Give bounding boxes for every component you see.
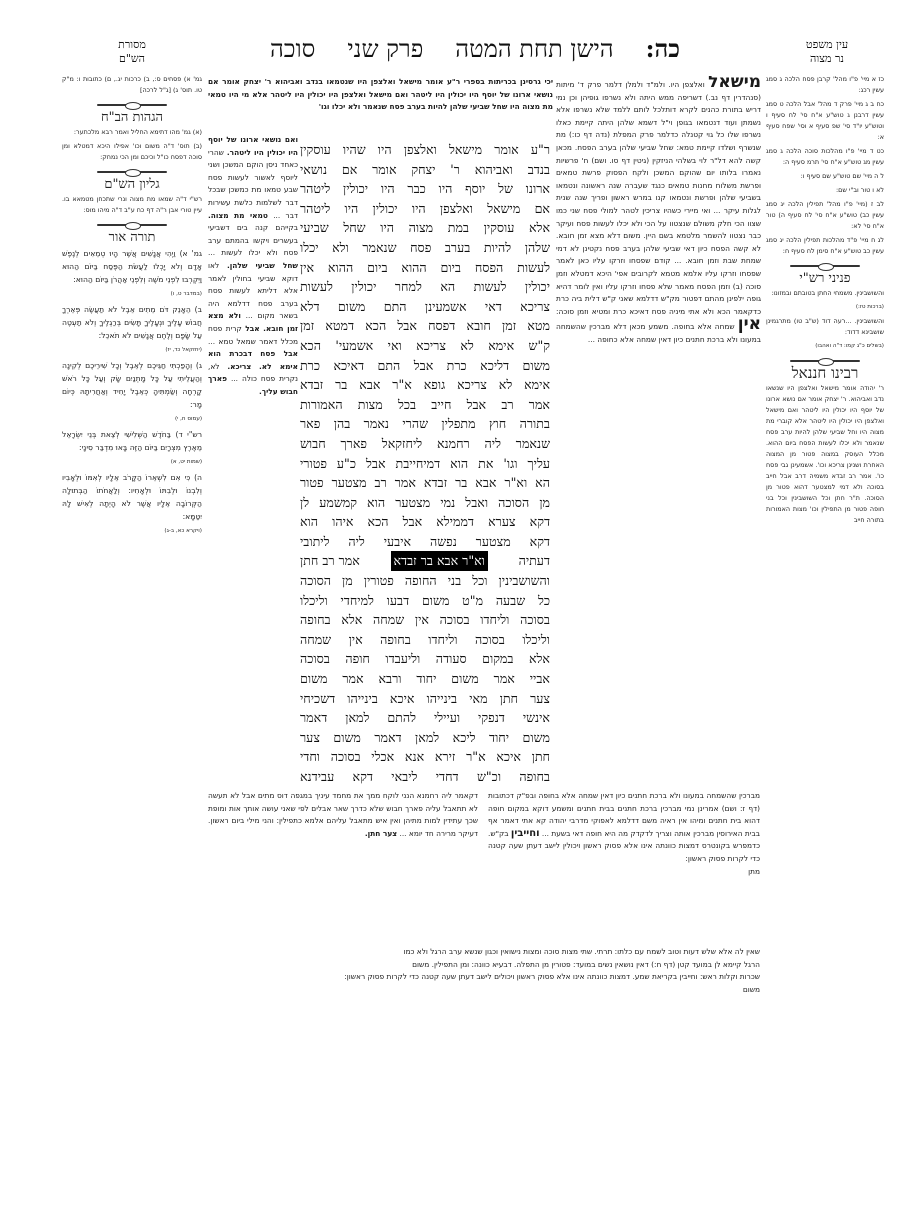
gemara-line: בסוכה וליחדו בסוכה אין שמחה אלא בחופה (300, 610, 550, 630)
torah-or-title: תורה אור (62, 232, 202, 243)
chapter-name: פרק שני (347, 35, 423, 64)
commentary-line: משום (208, 984, 760, 997)
gemara-line: בחופה וכ"ש דחדי ליבאי דקא עבידנא (300, 767, 550, 787)
torah-or-verse: רש"י ד) בַּחֹדֶשׁ הַשְּׁלִישִׁי לְצֵאת ב… (62, 428, 202, 454)
gemara-line: יכולין לעשות הא למחר יכולין לעשות (300, 277, 550, 297)
tosafot-text: יכי גרסינן בכריתות בספרי ר"ע אומר מישאל … (208, 77, 553, 111)
torah-or-verse: ג) וְהָפַכְתִּי חַגֵּיכֶם לְאֵבֶל וְכָל … (62, 359, 202, 411)
torah-or-cite: (שמות יט, א) (62, 457, 202, 468)
ornament-divider-icon (97, 171, 167, 173)
bottom-rashi-right: מברכין שהשמחה במעונו ולא ברכת חתנים כיון… (488, 790, 760, 940)
torah-or-cite: (במדבר ט, ו) (62, 289, 202, 300)
gemara-line: מטא זמן חובא דפסח אבל הכא דמטא זמן (300, 316, 550, 336)
gemara-line: שנאמר ליה רחמנא ליחזקאל פארך חבוש (300, 434, 550, 454)
gemara-line: לעשות הפסח ביום ההוא ביום ההוא אין (300, 258, 550, 278)
ein-mishpat-item: לא ו טור וב"י שם: (766, 185, 884, 196)
chapter-title: הישן תחת המטה (455, 35, 613, 64)
bottom-tosafot-left: דקאמר ליה רחמנא הנני לוקח ממך את מחמד עי… (208, 790, 478, 940)
pninei-item: והשושבינין. ...רעה דוד (ש"ב טו) מתרגמינן… (766, 316, 884, 338)
pninei-item: והשושבינין. משמחי החתן בטובתם ובמזונו: (766, 288, 884, 299)
ein-mishpat-item: כט ד מיי' פ"ו מהלכות סוכה הלכה ג סמג עשי… (766, 146, 884, 168)
ornament-divider-icon (97, 224, 167, 226)
gemara-line: מן הסוכה ואבל נמי מצטער הוא קמשמע לן (300, 493, 550, 513)
page-number: כה: (646, 34, 680, 64)
gemara-line: בתורה חוץ מתפלין שהרי נאמר בהן פאר (300, 414, 550, 434)
commentary-line: שאין לה אלא שלש דעות וטוב לשמח עם כלתו: … (208, 946, 760, 959)
gemara-line: אלא עוסקין במת מצוה היו שחל שביעי (300, 218, 550, 238)
ornament-divider-icon (790, 360, 860, 362)
ein-mishpat-item: לב ז (מיי' פ"ו מהל' תפילין הלכה יג סמג ע… (766, 199, 884, 232)
gemara-line: עליך וגו' את הוא דמיחייבת אבל כ"ע פטורי (300, 454, 550, 474)
hagahot-habach-title: הגהות הב"ח (62, 112, 202, 123)
gemara-line: דעתיה (519, 551, 550, 571)
ein-mishpat-item: לג ח מיי' פ"ד מהלכות תפילין הלכה יג סמג … (766, 235, 884, 257)
gemara-line: ארונו של יוסף היו כבר היו יכולין ליטהר (300, 179, 550, 199)
gemara-line: ק"ש אימא לא צריכא ואי אשמעי' הכא (300, 336, 550, 356)
torah-or-verse: ב) הֵאָנֵק דֹּם מֵתִים אֵבֶל לֹא תַעֲשֶׂ… (62, 303, 202, 342)
rashi-heading-ein: אין (738, 314, 761, 334)
selected-text-highlight[interactable]: וא"ר אבא בר זבדא (391, 551, 488, 571)
rabbenu-chananel-text: ר' יהודה אומר מישאל ואלצפן היו שנשאו נדב… (766, 383, 884, 526)
bottom-full-width: שאין לה אלא שלש דעות וטוב לשמח עם כלתו: … (208, 946, 760, 1026)
tosafot-lead: שחל שביעי שלהן. (227, 261, 298, 270)
gemara-line: בנדב ואביהוא ר' יצחק אומר אם נושאי (300, 160, 550, 180)
gemara-line: אמר רב חתן (300, 551, 360, 571)
gemara-line: חתן איכא א"ר זירא אנא אכלי בסוכה וחדי (300, 747, 550, 767)
tosafot-text: שהרי כאחד ניסן הוקם המשכן ושני ליוסף לאש… (208, 148, 298, 220)
torah-or-verse: ה) כִּי אִם לִשְׁאֵרוֹ הַקָּרֹב אֵלָיו ל… (62, 471, 202, 523)
rashi-text: ואלצפן היו. ולמ"ד ולמלן דלמר פרק ד' מיתו… (556, 80, 761, 215)
gemara-line: צריכא דאי אשמעינן התם משום דלא (300, 297, 550, 317)
tosafot-column: ואם נושאי ארונו של יוסף היו יכולין היו ל… (208, 134, 298, 786)
gemara-line: דקא צערא דממילא אבל הכא איהו הוא (300, 512, 550, 532)
gemara-line: ר"ע אומר מישאל ואלצפן היו שהיו עוסקין (300, 140, 550, 160)
commentary-line: הרגל קיימא לן במועד קטן (דף ח:) דאין נוש… (208, 959, 760, 972)
ein-mishpat-item: כז א מיי' פ"ו מהל' קרבן פסח הלכה ג סמג ע… (766, 74, 884, 96)
torah-or-cite: (ויקרא כא, ב-ג) (62, 526, 202, 537)
tosafot-text: בקייהם קנה בים דשביעי בעשרים ויקשו בהמתם… (208, 223, 298, 257)
torah-or-verse: גמ' א) וַיְהִי אֲנָשִׁים אֲשֶׁר הָיוּ טְ… (62, 247, 202, 286)
rashi-column: מישאל ואלצפן היו. ולמ"ד ולמלן דלמר פרק ד… (556, 76, 761, 786)
tosafot-lead: צריכא. (227, 362, 251, 371)
tractate-name: סוכה (270, 35, 315, 64)
gemara-line: משום דליכא כרת אבל התם דאיכא כרת (300, 356, 550, 376)
commentary-text: מתן (488, 866, 760, 879)
commentary-text: דקאמר ליה רחמנא הנני לוקח ממך את מחמד עי… (208, 791, 478, 838)
masoret-title: מסורת הש"ם (82, 38, 182, 66)
commentary-line: שכרות וקלות ראש: וחייבין בקריאת שמע. דמצ… (208, 971, 760, 984)
gilyon-text: רש"י ד"ה שמאו מת מצוה ונרי שתכחן מטמאא ב… (62, 194, 202, 216)
hagahot-item: (ב) תוס' ד"ה משום וכו' אפילו היכא דמטלא … (62, 141, 202, 163)
left-margin: גמ' א) פסחים ס:, ב) כרכות יג., ם) כתובות… (62, 74, 202, 954)
gemara-line: אינשי דנפקי ועיילי להתם למאן דאמר (300, 708, 550, 728)
pninei-cite: (ברכות טז:) (766, 302, 884, 313)
torah-or-cite: (יחזקאל כד, יז) (62, 345, 202, 356)
gemara-line: אמר רב אבל חייב בכל מצות האמורות (300, 395, 550, 415)
pninei-rashi-title: פניני רש"י (766, 273, 884, 284)
tosafot-lead: אימא לא. (259, 362, 298, 371)
gemara-column: ר"ע אומר מישאל ואלצפן היו שהיו עוסקין בנ… (300, 140, 550, 790)
ein-mishpat-title: עין משפט נר מצוה (772, 38, 882, 66)
rabbenu-chananel-title: רבינו חננאל (766, 368, 884, 379)
gemara-line: וליכלו בסוכה וליחדו בחופה אין שמחה (300, 630, 550, 650)
ein-mishpat-item: כח ב ג מיי' פרק ד מהל' אבל הלכה ט סמג עש… (766, 99, 884, 143)
gemara-line: כל שבעה מ"ט משום דבעו למיחדי וליכלו (300, 591, 550, 611)
gemara-line: אם מישאל ואלצפן היו יכולין היו ליטהר (300, 199, 550, 219)
gemara-line: הא וא"ר אבא בר זבדא אמר רב מצטער פטור (300, 473, 550, 493)
torah-or-cite: (עמוס ח, י) (62, 414, 202, 425)
gemara-line: משום יחוד ליכא למאן דאמר משום צער (300, 728, 550, 748)
tosafot-lead: טמאי מת מצוה. (208, 211, 268, 220)
page-header: כה: הישן תחת המטה פרק שני סוכה (270, 34, 680, 64)
gemara-line: והשושבינין וכל בני החופה פטורין מן הסוכה (300, 571, 550, 591)
gilyon-hashas-title: גליון הש"ם (62, 179, 202, 190)
ornament-divider-icon (97, 104, 167, 106)
ein-mishpat-list: כז א מיי' פ"ו מהל' קרבן פסח הלכה ג סמג ע… (766, 74, 884, 257)
ein-mishpat-item: ל ה מיי' שם טוש"ע שם סעיף ו: (766, 171, 884, 182)
tosafot-lead: אבל (245, 324, 259, 333)
ornament-divider-icon (790, 265, 860, 267)
gemara-line: אימא לא צריכא גופא א"ר אבא בר זבדא (300, 375, 550, 395)
gemara-line: דקא מצטער נפשה איבעי ליה ליתובי (300, 532, 550, 552)
gemara-line: אביי אמר משום יחוד ורבא אמר משום (300, 669, 550, 689)
gemara-line-highlight: דעתיה וא"ר אבא בר זבדא אמר רב חתן (300, 551, 550, 571)
commentary-lead: צער חתן. (365, 829, 397, 838)
pninei-cite: (בשלים כ"ג קמו: ד"ה ואהבו) (766, 341, 884, 352)
gemara-line: צער חתן מאי בינייהו איכא בינייהו דשכיחי (300, 689, 550, 709)
hagahot-item: (א) גמ' מהו דתימא החליל ואמר רבא מלכתער: (62, 127, 202, 138)
gemara-line: אלא במקום סעודה וליעבדו חופה בסוכה (300, 649, 550, 669)
masoret-text: גמ' א) פסחים ס:, ב) כרכות יג., ם) כתובות… (62, 74, 202, 96)
commentary-lead: וחייבין (511, 828, 540, 839)
tosafot-lead: אבל פסח דבכרת הוא (208, 349, 298, 358)
gemara-line: שלהן להיות בערב פסח שנאמר ולא יכלו (300, 238, 550, 258)
tosafot-top: יכי גרסינן בכריתות בספרי ר"ע אומר מישאל … (208, 76, 553, 134)
rashi-opening-word: מישאל (708, 76, 761, 92)
right-margin: כז א מיי' פ"ו מהל' קרבן פסח הלכה ג סמג ע… (766, 74, 884, 694)
rashi-text: שמחה אלא בחופה. משמע מכאן דלא מברכין שהש… (556, 322, 761, 344)
